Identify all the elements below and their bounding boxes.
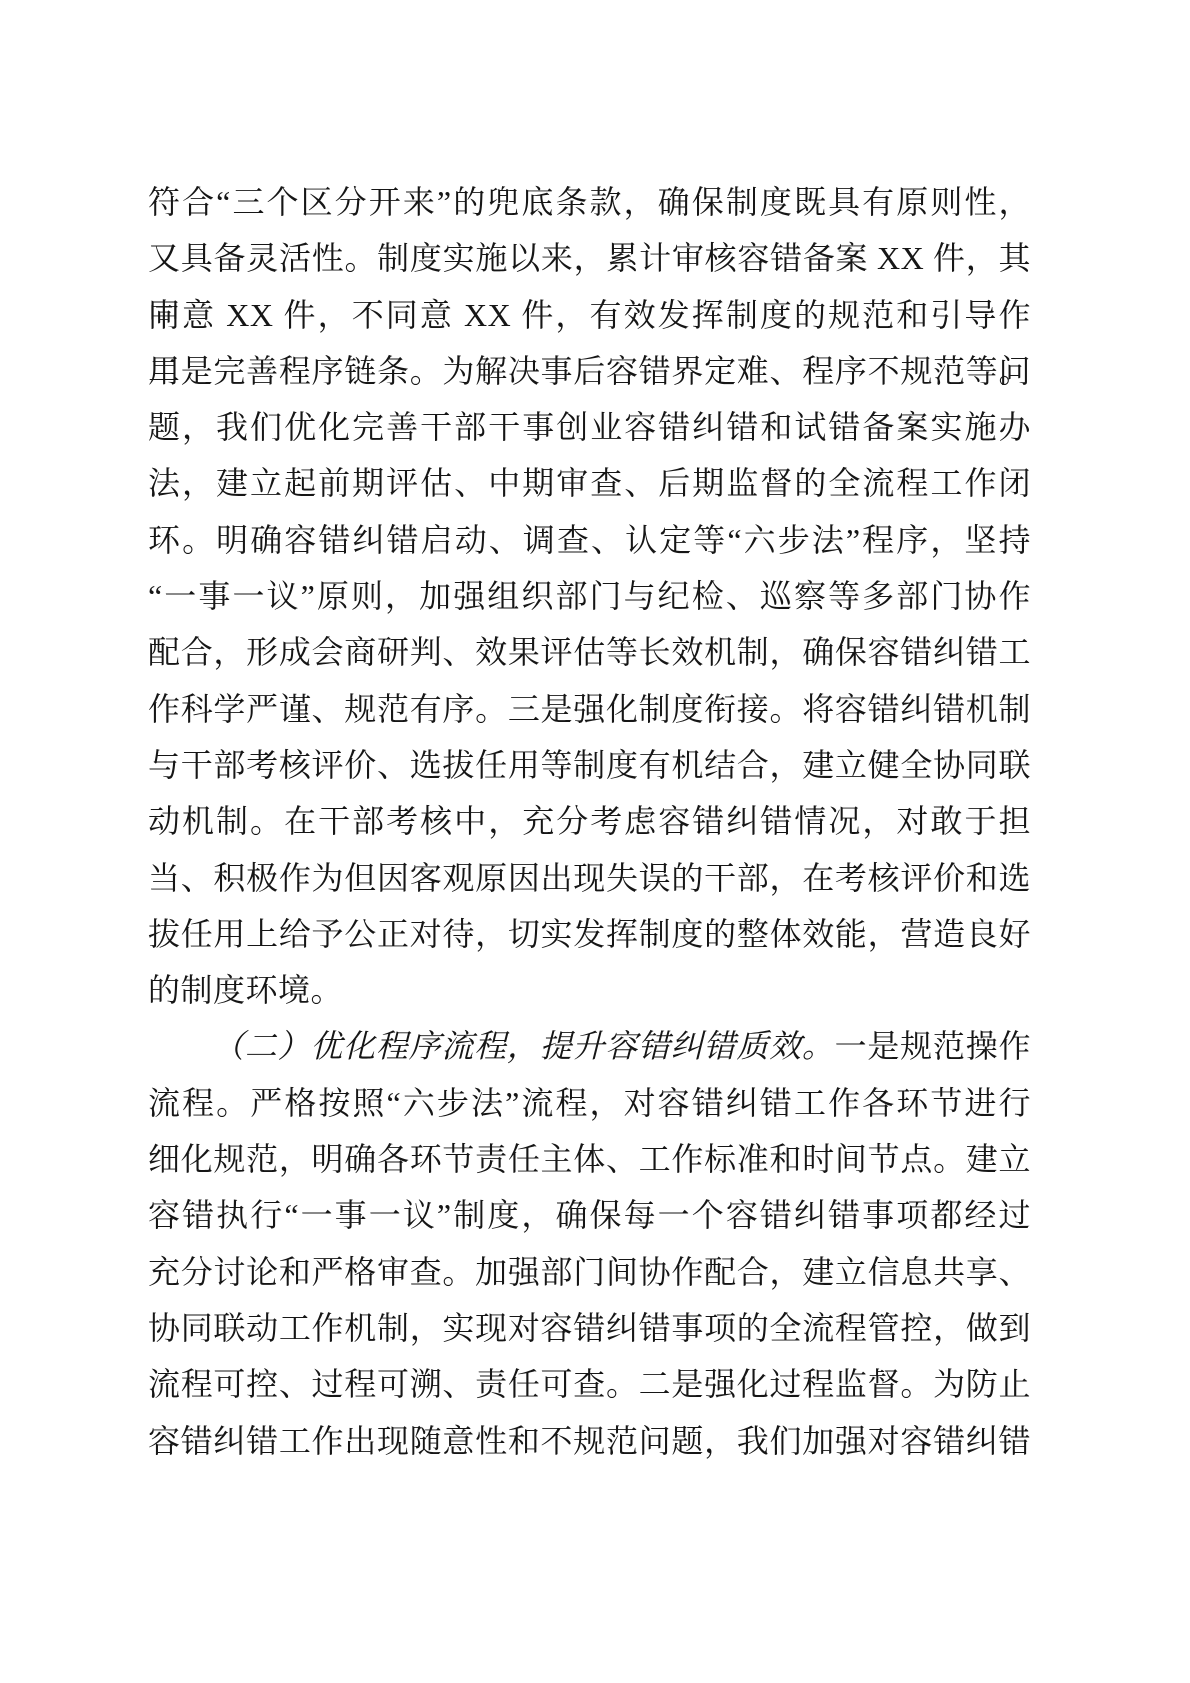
document-page: 符合“三个区分开来”的兜底条款，确保制度既具有原则性， 又具备灵活性。制度实施以… (0, 0, 1190, 1683)
text-line: 环。明确容错纠错启动、调查、认定等“六步法”程序，坚持 (148, 512, 1031, 568)
text-line: 配合，形成会商研判、效果评估等长效机制，确保容错纠错工 (148, 624, 1031, 680)
text-line: 又具备灵活性。制度实施以来，累计审核容错备案 XX 件，其中 (148, 230, 1031, 286)
text-segment: 一是规范操作 (835, 1028, 1031, 1064)
text-line: “一事一议”原则，加强组织部门与纪检、巡察等多部门协作 (148, 568, 1031, 624)
document-text-block: 符合“三个区分开来”的兜底条款，确保制度既具有原则性， 又具备灵活性。制度实施以… (148, 174, 1031, 1469)
text-line: 协同联动工作机制，实现对容错纠错事项的全流程管控，做到 (148, 1300, 1031, 1356)
text-line: 二是完善程序链条。为解决事后容错界定难、程序不规范等问 (148, 343, 1031, 399)
text-line: 当、积极作为但因客观原因出现失误的干部，在考核评价和选 (148, 850, 1031, 906)
text-line: 作科学严谨、规范有序。三是强化制度衔接。将容错纠错机制 (148, 681, 1031, 737)
text-line: 同意 XX 件，不同意 XX 件，有效发挥制度的规范和引导作用。 (148, 287, 1031, 343)
text-line: 题，我们优化完善干部干事创业容错纠错和试错备案实施办 (148, 399, 1031, 455)
text-line: 与干部考核评价、选拔任用等制度有机结合，建立健全协同联 (148, 737, 1031, 793)
text-line: 流程。严格按照“六步法”流程，对容错纠错工作各环节进行 (148, 1075, 1031, 1131)
text-line: 动机制。在干部考核中，充分考虑容错纠错情况，对敢于担 (148, 793, 1031, 849)
text-line: 容错纠错工作出现随意性和不规范问题，我们加强对容错纠错 (148, 1413, 1031, 1469)
text-line: 法，建立起前期评估、中期审查、后期监督的全流程工作闭 (148, 455, 1031, 511)
text-line-section-heading: （二）优化程序流程，提升容错纠错质效。一是规范操作 (148, 1018, 1031, 1074)
text-line: 流程可控、过程可溯、责任可查。二是强化过程监督。为防止 (148, 1356, 1031, 1412)
text-line: 符合“三个区分开来”的兜底条款，确保制度既具有原则性， (148, 174, 1031, 230)
text-line-paragraph-end: 的制度环境。 (148, 962, 1031, 1018)
section-heading-kaiti: （二）优化程序流程，提升容错纠错质效。 (212, 1028, 835, 1064)
text-line: 容错执行“一事一议”制度，确保每一个容错纠错事项都经过 (148, 1187, 1031, 1243)
text-line: 细化规范，明确各环节责任主体、工作标准和时间节点。建立 (148, 1131, 1031, 1187)
text-line: 拔任用上给予公正对待，切实发挥制度的整体效能，营造良好 (148, 906, 1031, 962)
text-line: 充分讨论和严格审查。加强部门间协作配合，建立信息共享、 (148, 1244, 1031, 1300)
